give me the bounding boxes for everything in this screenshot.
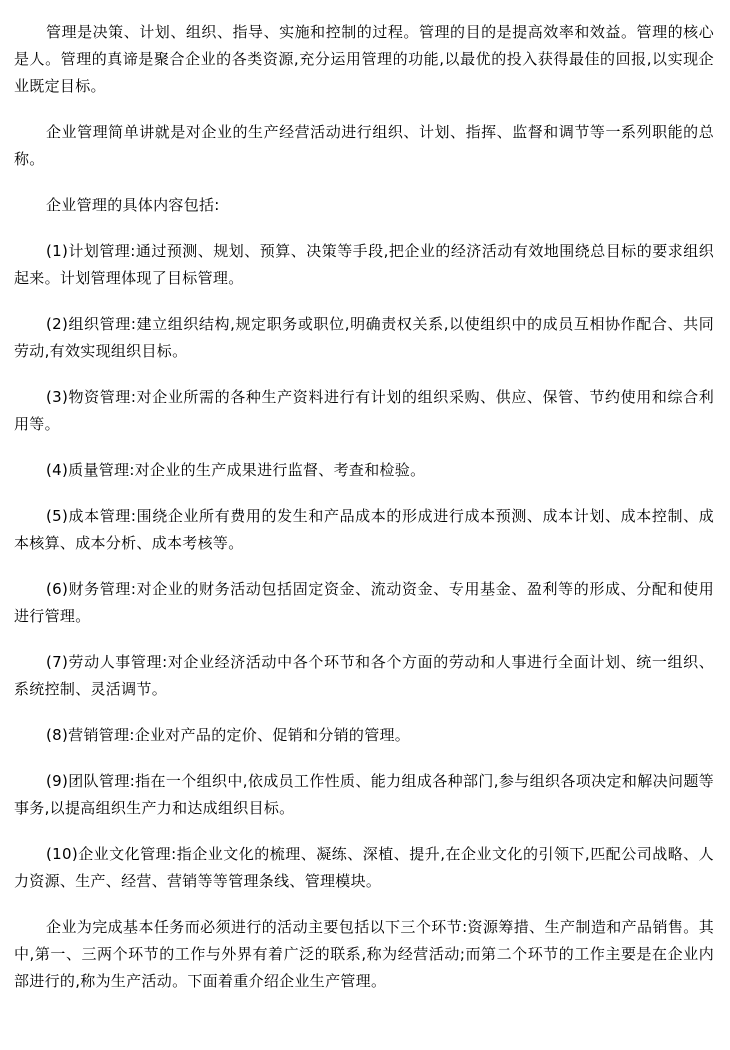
list-item-labor-personnel: (7)劳动人事管理:对企业经济活动中各个环节和各个方面的劳动和人事进行全面计划、… <box>14 649 714 703</box>
list-item-culture: (10)企业文化管理:指企业文化的梳理、凝练、深植、提升,在企业文化的引领下,匹… <box>14 841 714 895</box>
list-item-organization: (2)组织管理:建立组织结构,规定职务或职位,明确责权关系,以使组织中的成员互相… <box>14 311 714 365</box>
list-item-cost: (5)成本管理:围绕企业所有费用的发生和产品成本的形成进行成本预测、成本计划、成… <box>14 503 714 557</box>
contents-lead-paragraph: 企业管理的具体内容包括: <box>14 192 714 219</box>
intro-paragraph: 管理是决策、计划、组织、指导、实施和控制的过程。管理的目的是提高效率和效益。管理… <box>14 19 714 100</box>
list-item-materials: (3)物资管理:对企业所需的各种生产资料进行有计划的组织采购、供应、保管、节约使… <box>14 384 714 438</box>
list-item-quality: (4)质量管理:对企业的生产成果进行监督、考查和检验。 <box>14 457 714 484</box>
document-body: 管理是决策、计划、组织、指导、实施和控制的过程。管理的目的是提高效率和效益。管理… <box>0 0 730 995</box>
closing-paragraph: 企业为完成基本任务而必须进行的活动主要包括以下三个环节:资源筹措、生产制造和产品… <box>14 914 714 995</box>
definition-paragraph: 企业管理简单讲就是对企业的生产经营活动进行组织、计划、指挥、监督和调节等一系列职… <box>14 119 714 173</box>
list-item-team: (9)团队管理:指在一个组织中,依成员工作性质、能力组成各种部门,参与组织各项决… <box>14 768 714 822</box>
list-item-marketing: (8)营销管理:企业对产品的定价、促销和分销的管理。 <box>14 722 714 749</box>
list-item-finance: (6)财务管理:对企业的财务活动包括固定资金、流动资金、专用基金、盈利等的形成、… <box>14 576 714 630</box>
list-item-planning: (1)计划管理:通过预测、规划、预算、决策等手段,把企业的经济活动有效地围绕总目… <box>14 238 714 292</box>
